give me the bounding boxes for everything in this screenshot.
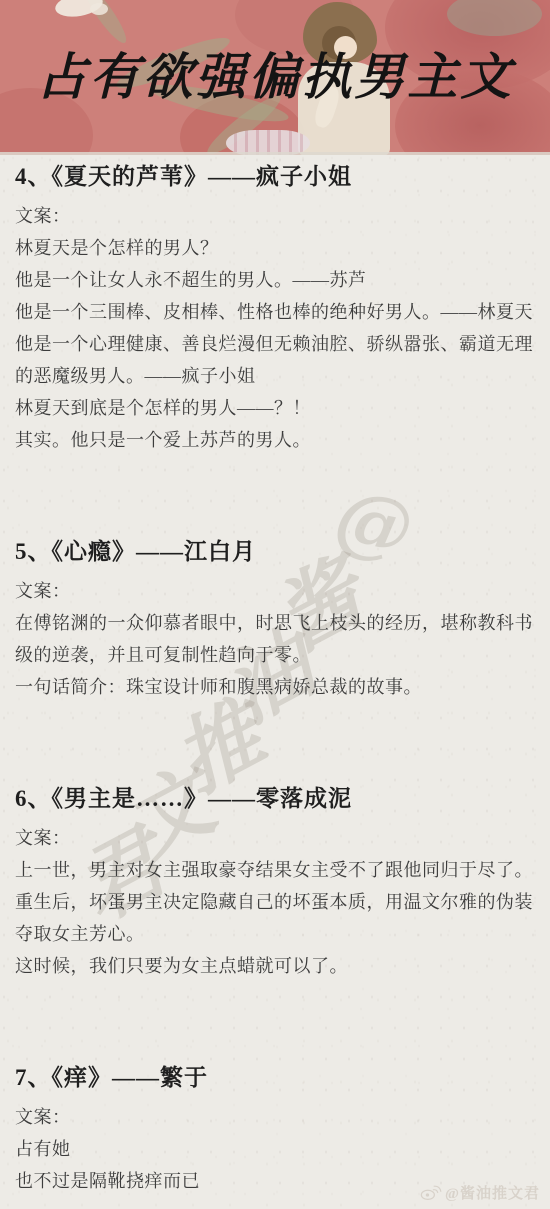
copy-line: 占有她 [15,1133,538,1165]
copy-line: 其实。他只是一个爱上苏芦的男人。 [15,424,538,456]
footer-watermark: @酱油推文君 [420,1182,540,1203]
copy-line: 一句话简介：珠宝设计师和腹黑病娇总裁的故事。 [15,671,538,703]
copy-line: 他是一个让女人永不超生的男人。——苏芦 [15,264,538,296]
watermark-handle: @酱油推文君 [445,1182,540,1203]
book-title: 7、《痒》——繁于 [15,1061,538,1095]
book-entry-6: 6、《男主是……》——零落成泥 文案： 上一世，男主对女主强取豪夺结果女主受不了… [15,782,538,982]
book-title: 4、《夏天的芦苇》——疯子小姐 [15,160,538,194]
copy-line: 林夏天到底是个怎样的男人——？！ [15,392,538,424]
copy-line: 林夏天是个怎样的男人？ [15,232,538,264]
copy-line: 上一世，男主对女主强取豪夺结果女主受不了跟他同归于尽了。 [15,854,538,886]
plaid-skirt-shape [226,130,310,155]
header-banner: 占有欲强偏执男主文 [0,0,550,155]
weibo-icon [420,1184,442,1201]
page-title: 占有欲强偏执男主文 [0,44,550,110]
flower-shape [90,3,108,15]
copy-line: 的恶魔级男人。——疯子小姐 [15,360,538,392]
copy-line: 这时候，我们只要为女主点蜡就可以了。 [15,950,538,982]
book-title: 5、《心瘾》——江白月 [15,535,538,569]
copy-line: 他是一个三围棒、皮相棒、性格也棒的绝种好男人。——林夏天 [15,296,538,328]
book-title: 6、《男主是……》——零落成泥 [15,782,538,816]
copy-label: 文案： [15,822,538,854]
copy-line: 在傅铭渊的一众仰慕者眼中，时思飞上枝头的经历，堪称教科书 [15,607,538,639]
copy-line: 重生后，坏蛋男主决定隐藏自己的坏蛋本质，用温文尔雅的伪装 [15,886,538,918]
copy-label: 文案： [15,575,538,607]
book-entry-7: 7、《痒》——繁于 文案： 占有她 也不过是隔靴挠痒而已 [15,1061,538,1197]
book-entry-4: 4、《夏天的芦苇》——疯子小姐 文案： 林夏天是个怎样的男人？ 他是一个让女人永… [15,160,538,456]
copy-line: 级的逆袭，并且可复制性趋向于零。 [15,639,538,671]
copy-label: 文案： [15,200,538,232]
book-entry-5: 5、《心瘾》——江白月 文案： 在傅铭渊的一众仰慕者眼中，时思飞上枝头的经历，堪… [15,535,538,703]
copy-line: 他是一个心理健康、善良烂漫但无赖油腔、骄纵嚣张、霸道无理 [15,328,538,360]
copy-line: 夺取女主芳心。 [15,918,538,950]
book-list-image: 占有欲强偏执男主文 @ 酱 油 推 文 君 4、《夏天的芦苇》——疯子小姐 文案… [0,0,550,1209]
copy-label: 文案： [15,1101,538,1133]
